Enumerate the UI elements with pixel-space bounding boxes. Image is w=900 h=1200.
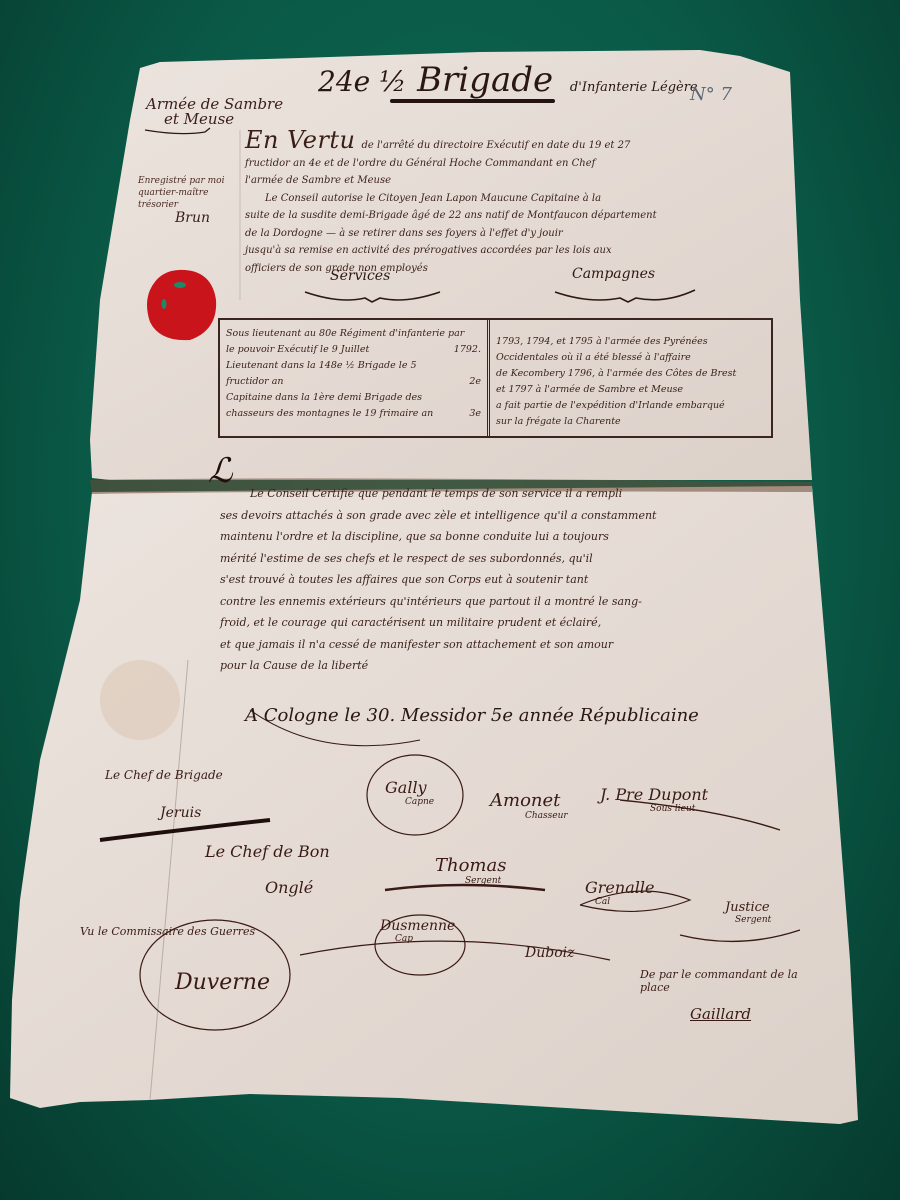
preamble: En Vertude l'arrêté du directoire Exécut… xyxy=(245,132,755,277)
signature: Jeruis xyxy=(160,805,201,821)
document-photo: 24e ½ Brigade d'Infanterie Légère N° 7 A… xyxy=(0,0,900,1200)
campaign-line: sur la frégate la Charente xyxy=(496,414,765,430)
preamble-line: de la Dordogne — à se retirer dans ses f… xyxy=(245,225,755,243)
preamble-line: fructidor an 4e et de l'ordre du Général… xyxy=(245,155,755,173)
unit-number: 24e ½ xyxy=(318,65,406,98)
army-line-2: et Meuse xyxy=(146,112,283,127)
signature: Le Chef de Brigade xyxy=(105,768,223,782)
signature: Gaillard xyxy=(690,1005,751,1023)
cert-line: mérité l'estime de ses chefs et le respe… xyxy=(220,548,800,570)
brigade-title: 24e ½ Brigade d'Infanterie Légère xyxy=(318,60,698,100)
services-heading: Services xyxy=(330,268,390,284)
unit-suffix: d'Infanterie Légère xyxy=(570,80,698,95)
signature: De par le commandant de la place xyxy=(640,968,830,994)
service-row: fructidor an2e xyxy=(226,374,481,390)
cert-line: contre les ennemis extérieurs qu'intérie… xyxy=(220,591,800,613)
cert-line: maintenu l'ordre et la discipline, que s… xyxy=(220,526,800,548)
preamble-line: officiers de son grade non employés xyxy=(245,260,755,278)
preamble-opening: En Vertu xyxy=(245,126,356,154)
signature: Le Chef de Bon xyxy=(205,842,330,861)
margin-registration-note: Enregistré par moi quartier-maître tréso… xyxy=(138,175,248,211)
signature: JusticeSergent xyxy=(725,900,771,925)
place-and-date: A Cologne le 30. Messidor 5e année Répub… xyxy=(245,705,699,726)
title-underline xyxy=(390,99,555,103)
cert-line: et que jamais il n'a cessé de manifester… xyxy=(220,634,800,656)
signature: Duboiz xyxy=(525,945,575,961)
certification-text: ℒ Le Conseil Certifie que pendant le tem… xyxy=(220,483,800,677)
margin-signature: Brun xyxy=(175,210,210,226)
preamble-line: de l'arrêté du directoire Exécutif en da… xyxy=(362,140,631,151)
army-name: Armée de Sambre et Meuse xyxy=(146,97,283,127)
service-row: le pouvoir Exécutif le 9 Juillet1792. xyxy=(226,342,481,358)
service-row: chasseurs des montagnes le 19 frimaire a… xyxy=(226,406,481,422)
service-row: Sous lieutenant au 80e Régiment d'infant… xyxy=(226,326,481,342)
cert-line: pour la Cause de la liberté xyxy=(220,655,800,677)
preamble-line: suite de la susdite demi-Brigade âgé de … xyxy=(245,207,755,225)
decorative-initial: ℒ xyxy=(208,461,233,483)
campaigns-column: 1793, 1794, et 1795 à l'armée des Pyréné… xyxy=(490,320,771,436)
signature: DusmenneCap xyxy=(380,918,455,944)
cert-line: froid, et le courage qui caractérisent u… xyxy=(220,612,800,634)
document-number: N° 7 xyxy=(690,84,732,105)
campaign-line: 1793, 1794, et 1795 à l'armée des Pyréné… xyxy=(496,334,765,350)
campaigns-heading: Campagnes xyxy=(572,266,655,282)
signature: ThomasSergent xyxy=(435,855,506,886)
campaign-line: Occidentales où il a été blessé à l'affa… xyxy=(496,350,765,366)
signature: Duverne xyxy=(175,970,270,995)
unit-title: Brigade xyxy=(417,60,553,100)
cert-line: ses devoirs attachés à son grade avec zè… xyxy=(220,505,800,527)
wax-seal xyxy=(147,270,216,340)
signature: GrenalleCal xyxy=(585,878,654,907)
signature: Vu le Commissaire des Guerres xyxy=(80,925,255,938)
signature: AmonetChasseur xyxy=(490,790,568,821)
signature: J. Pre DupontSous lieut. xyxy=(600,785,708,814)
preamble-line: l'armée de Sambre et Meuse xyxy=(245,172,755,190)
campaign-line: a fait partie de l'expédition d'Irlande … xyxy=(496,398,765,414)
campaign-line: de Kecombery 1796, à l'armée des Côtes d… xyxy=(496,366,765,382)
service-row: Capitaine dans la 1ère demi Brigade des xyxy=(226,390,481,406)
signature: Onglé xyxy=(265,878,313,897)
cert-line: s'est trouvé à toutes les affaires que s… xyxy=(220,569,800,591)
preamble-line: Le Conseil autorise le Citoyen Jean Lapo… xyxy=(245,190,755,208)
cert-line: Le Conseil Certifie que pendant le temps… xyxy=(220,483,800,505)
services-campaigns-table: Sous lieutenant au 80e Régiment d'infant… xyxy=(218,318,773,438)
preamble-line: jusqu'à sa remise en activité des prérog… xyxy=(245,242,755,260)
signature: GallyCapne xyxy=(385,778,434,807)
services-column: Sous lieutenant au 80e Régiment d'infant… xyxy=(220,320,490,436)
service-row: Lieutenant dans la 148e ½ Brigade le 5 xyxy=(226,358,481,374)
campaign-line: et 1797 à l'armée de Sambre et Meuse xyxy=(496,382,765,398)
